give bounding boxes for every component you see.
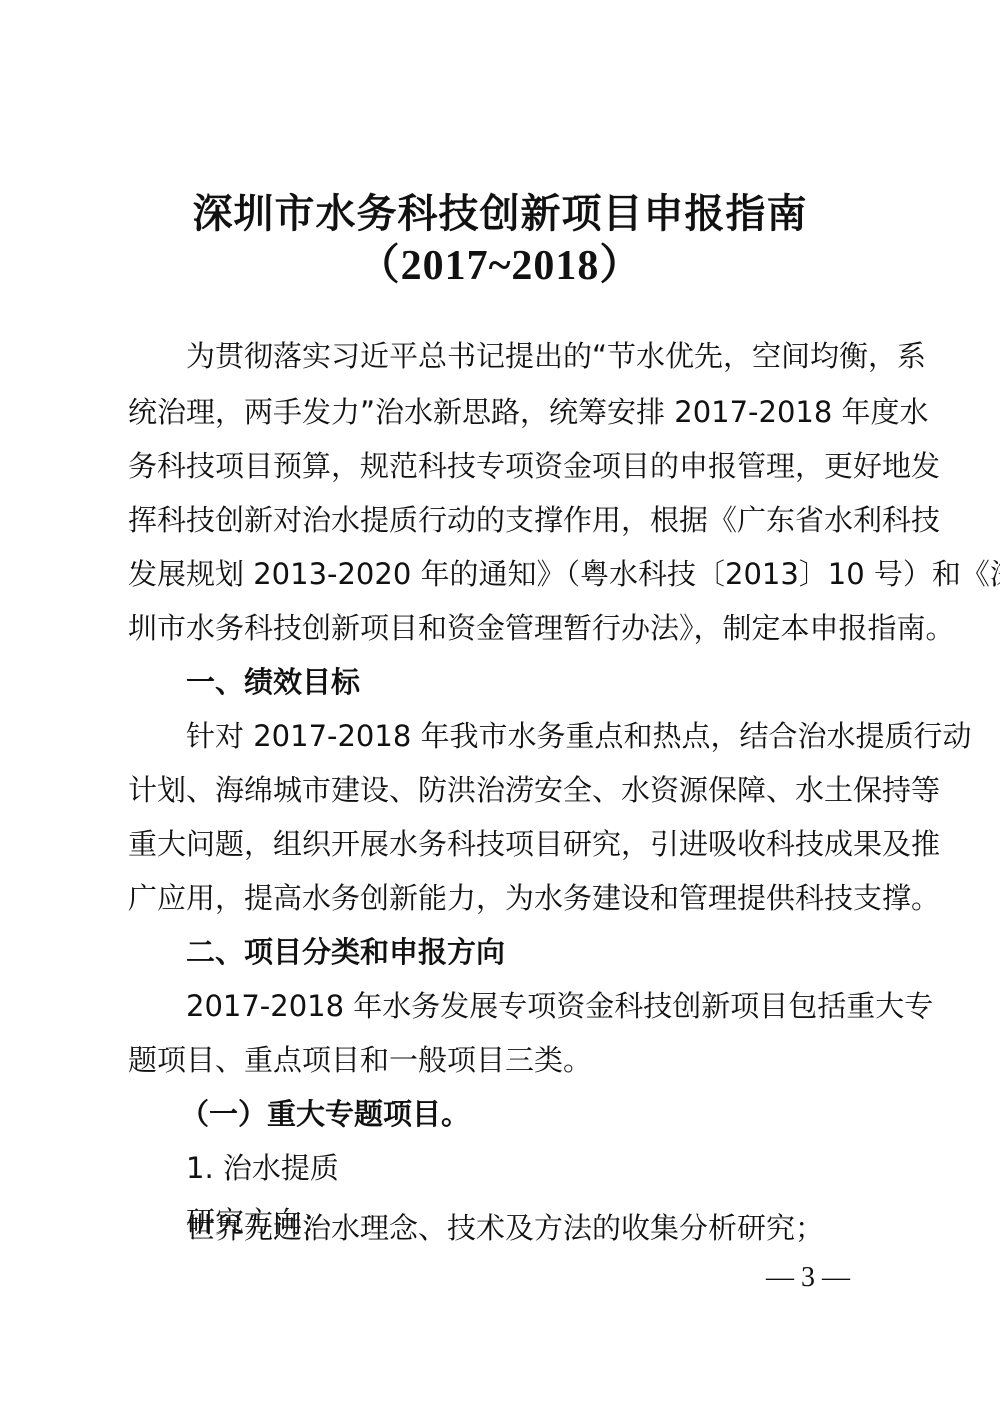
section1-line: 重大问题，组织开展水务科技项目研究，引进吸收科技成果及推 <box>128 824 873 864</box>
section2-line: 2017-2018 年水务发展专项资金科技创新项目包括重大专 <box>186 986 873 1026</box>
subsection-heading-major-projects: （一）重大专题项目。 <box>180 1094 867 1134</box>
intro-line: 挥科技创新对治水提质行动的支撑作用，根据《广东省水利科技 <box>128 500 873 540</box>
intro-line: 圳市水务科技创新项目和资金管理暂行办法》，制定本申报指南。 <box>128 608 873 648</box>
document-title: 深圳市水务科技创新项目申报指南 <box>0 182 1000 239</box>
section1-line: 广应用，提高水务创新能力，为水务建设和管理提供科技支撑。 <box>128 878 873 918</box>
intro-line: 发展规划 2013-2020 年的通知》（粤水科技〔2013〕10 号）和《深 <box>128 554 873 594</box>
item-heading-water-quality: 1. 治水提质 <box>186 1148 873 1188</box>
section2-line: 题项目、重点项目和一般项目三类。 <box>128 1040 873 1080</box>
intro-line: 统治理，两手发力”治水新思路，统筹安排 2017-2018 年度水 <box>128 392 873 432</box>
document-subtitle: （2017~2018） <box>0 232 1000 292</box>
section1-line: 计划、海绵城市建设、防洪治涝安全、水资源保障、水土保持等 <box>128 770 873 810</box>
intro-line: 务科技项目预算，规范科技专项资金项目的申报管理，更好地发 <box>128 446 873 486</box>
document-page: 深圳市水务科技创新项目申报指南 （2017~2018） 为贯彻落实习近平总书记提… <box>0 0 1000 1415</box>
page-number: — 3 — <box>766 1262 850 1294</box>
section1-line: 针对 2017-2018 年我市水务重点和热点，结合治水提质行动 <box>186 716 873 756</box>
section-heading-project-categories: 二、项目分类和申报方向 <box>186 932 873 972</box>
intro-line: 为贯彻落实习近平总书记提出的“节水优先，空间均衡，系 <box>186 336 873 376</box>
research-direction-line: 世界先进治水理念、技术及方法的收集分析研究； <box>186 1208 873 1248</box>
section-heading-performance-goals: 一、绩效目标 <box>186 662 873 702</box>
